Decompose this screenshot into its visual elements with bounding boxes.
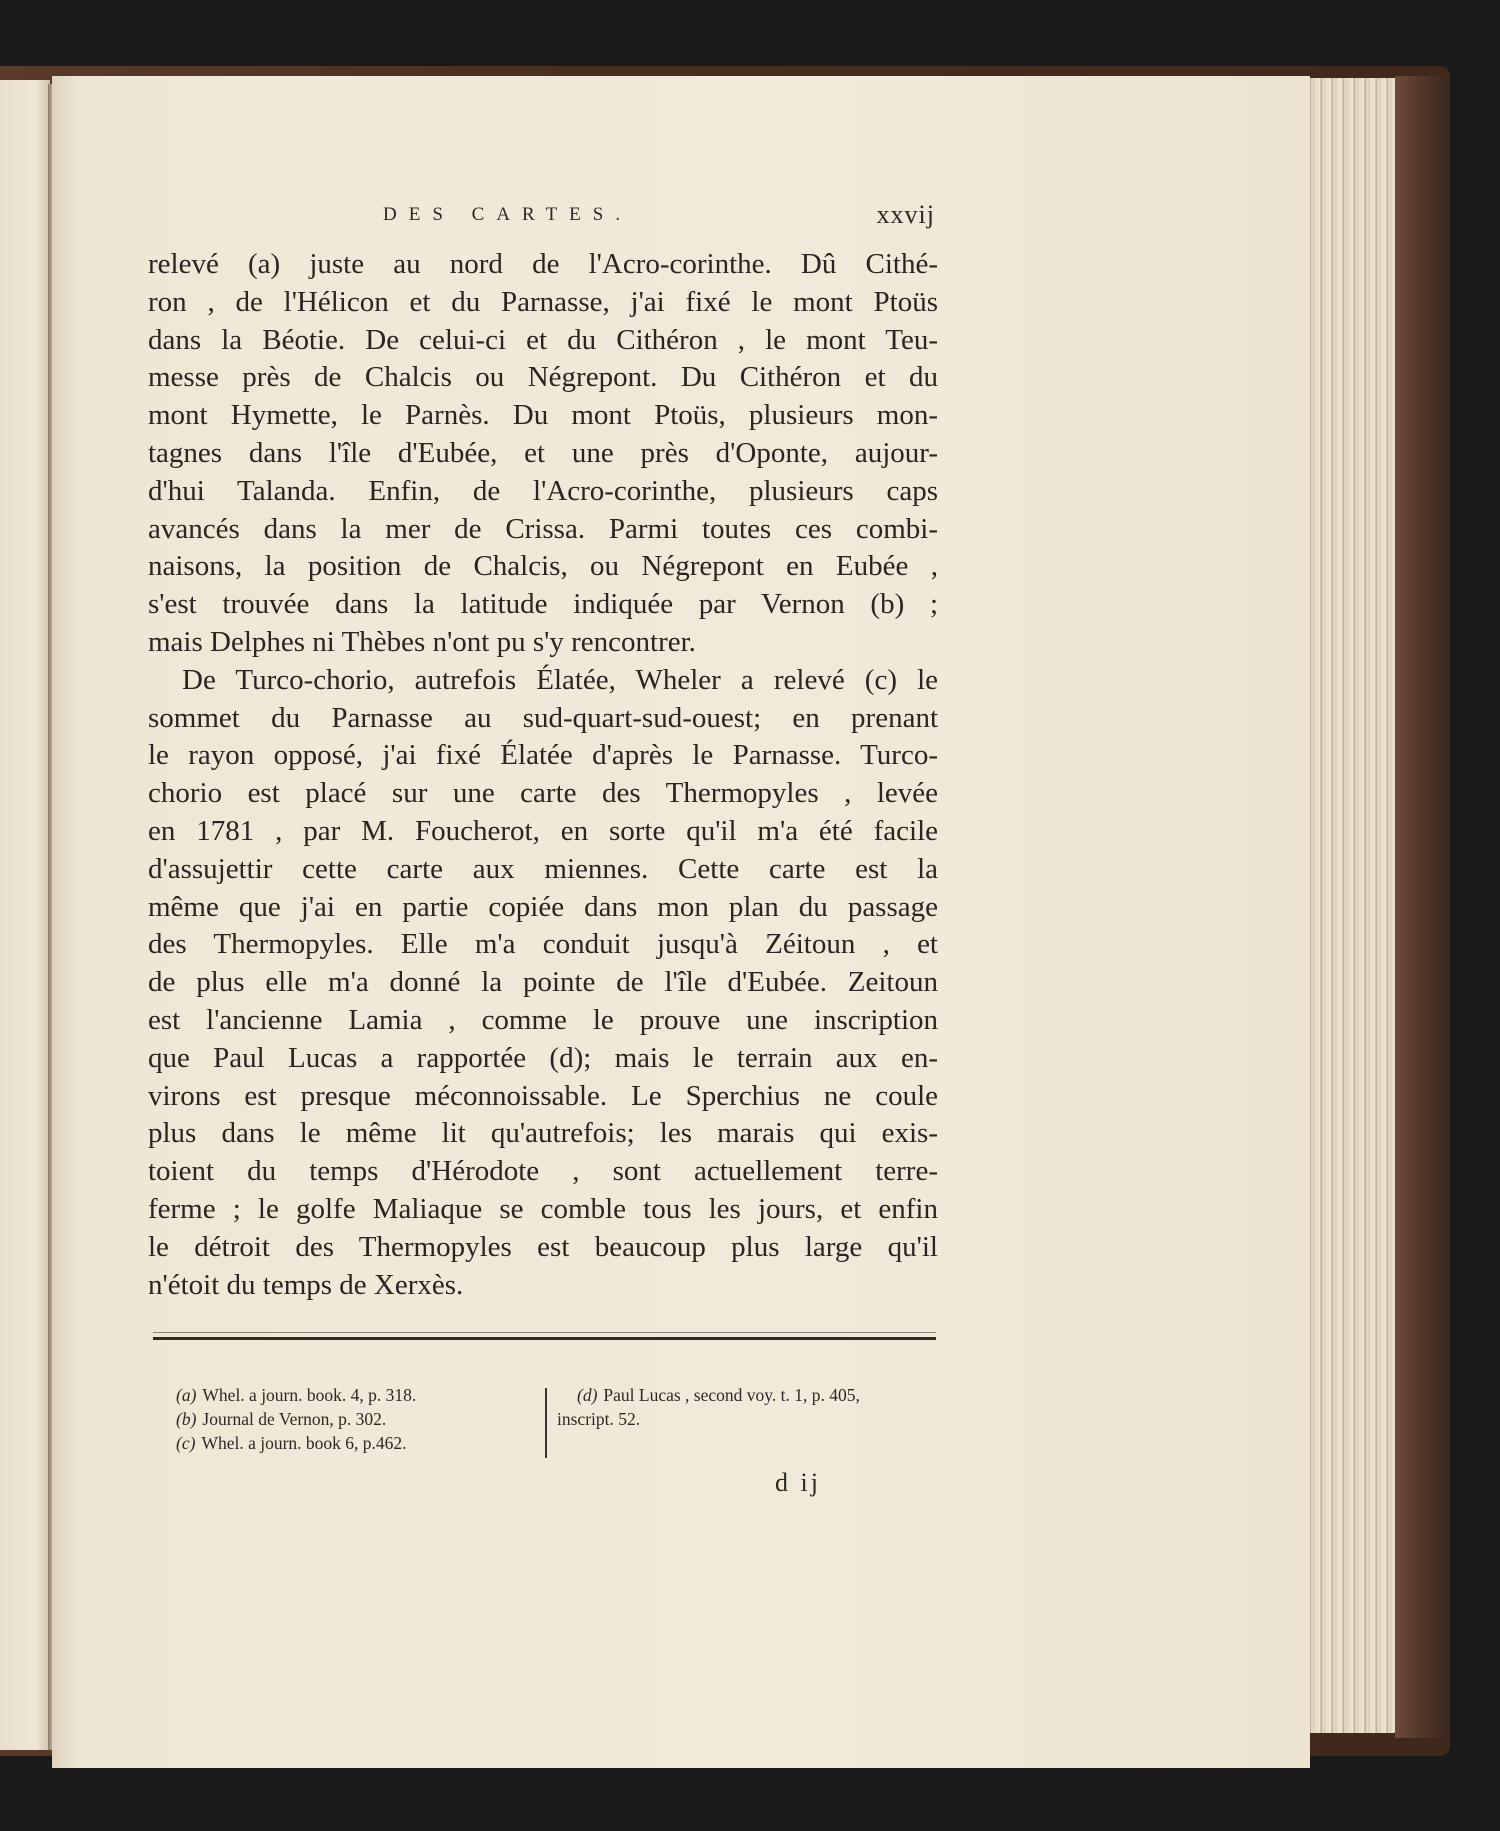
- signature-mark: d ij: [775, 1468, 821, 1498]
- footnote-rule-thin: [153, 1332, 936, 1333]
- text-line: dans la Béotie. De celui-ci et du Cithér…: [148, 322, 938, 360]
- footnote-d: (d)Paul Lucas , second voy. t. 1, p. 405…: [557, 1383, 937, 1407]
- footnote-text: Journal de Vernon, p. 302.: [202, 1409, 386, 1429]
- text-line: que Paul Lucas a rapportée (d); mais le …: [148, 1040, 938, 1078]
- previous-page-edge: [0, 80, 50, 1750]
- text-line: virons est presque méconnoissable. Le Sp…: [148, 1078, 938, 1116]
- footnote-text: Whel. a journ. book 6, p.462.: [201, 1433, 406, 1453]
- footnote-text: Paul Lucas , second voy. t. 1, p. 405,: [603, 1385, 859, 1405]
- text-line: avancés dans la mer de Crissa. Parmi tou…: [148, 511, 938, 549]
- text-line: messe près de Chalcis ou Négrepont. Du C…: [148, 359, 938, 397]
- text-line: mont Hymette, le Parnès. Du mont Ptoüs, …: [148, 397, 938, 435]
- text-line: ron , de l'Hélicon et du Parnasse, j'ai …: [148, 284, 938, 322]
- footnote-mark: (c): [176, 1433, 195, 1453]
- text-line: relevé (a) juste au nord de l'Acro-corin…: [148, 246, 938, 284]
- text-line: le détroit des Thermopyles est beaucoup …: [148, 1229, 938, 1267]
- footnote-mark: (a): [176, 1385, 196, 1405]
- body-text: relevé (a) juste au nord de l'Acro-corin…: [148, 246, 938, 1304]
- gutter-fold: [48, 84, 52, 1750]
- footnote-rule: [153, 1337, 936, 1340]
- footnotes-left-column: (a)Whel. a journ. book. 4, p. 318. (b)Jo…: [176, 1383, 546, 1455]
- text-line: des Thermopyles. Elle m'a conduit jusqu'…: [148, 926, 938, 964]
- page-number: xxvij: [877, 200, 935, 230]
- text-line: d'hui Talanda. Enfin, de l'Acro-corinthe…: [148, 473, 938, 511]
- running-head: DES CARTES. xxvij: [148, 200, 935, 240]
- leather-cover-edge: [1395, 76, 1447, 1738]
- text-line: toient du temps d'Hérodote , sont actuel…: [148, 1153, 938, 1191]
- page-stack-edges: [1305, 78, 1397, 1733]
- footnote-a: (a)Whel. a journ. book. 4, p. 318.: [176, 1383, 546, 1407]
- footnote-mark: (d): [577, 1385, 597, 1405]
- text-line: plus dans le même lit qu'autrefois; les …: [148, 1115, 938, 1153]
- footnote-mark: (b): [176, 1409, 196, 1429]
- footnote-d-continuation: inscript. 52.: [557, 1407, 937, 1431]
- text-line: chorio est placé sur une carte des Therm…: [148, 775, 938, 813]
- footnote-text: Whel. a journ. book. 4, p. 318.: [202, 1385, 416, 1405]
- text-line: d'assujettir cette carte aux miennes. Ce…: [148, 851, 938, 889]
- footnote-b: (b)Journal de Vernon, p. 302.: [176, 1407, 546, 1431]
- text-line: est l'ancienne Lamia , comme le prouve u…: [148, 1002, 938, 1040]
- text-line: tagnes dans l'île d'Eubée, et une près d…: [148, 435, 938, 473]
- text-line: ferme ; le golfe Maliaque se comble tous…: [148, 1191, 938, 1229]
- text-line: le rayon opposé, j'ai fixé Élatée d'aprè…: [148, 737, 938, 775]
- text-line: en 1781 , par M. Foucherot, en sorte qu'…: [148, 813, 938, 851]
- text-line: naisons, la position de Chalcis, ou Négr…: [148, 548, 938, 586]
- text-line: s'est trouvée dans la latitude indiquée …: [148, 586, 938, 624]
- running-head-title: DES CARTES.: [383, 204, 632, 226]
- footnotes-right-column: (d)Paul Lucas , second voy. t. 1, p. 405…: [557, 1383, 937, 1431]
- text-line-paragraph-end: mais Delphes ni Thèbes n'ont pu s'y renc…: [148, 624, 938, 662]
- text-line-paragraph-end: n'étoit du temps de Xerxès.: [148, 1267, 938, 1305]
- text-line: même que j'ai en partie copiée dans mon …: [148, 889, 938, 927]
- footnote-c: (c)Whel. a journ. book 6, p.462.: [176, 1431, 546, 1455]
- text-line: sommet du Parnasse au sud-quart-sud-oues…: [148, 700, 938, 738]
- text-line: de plus elle m'a donné la pointe de l'îl…: [148, 964, 938, 1002]
- footnote-column-divider: [545, 1388, 547, 1458]
- text-line-paragraph-start: De Turco-chorio, autrefois Élatée, Whele…: [148, 662, 938, 700]
